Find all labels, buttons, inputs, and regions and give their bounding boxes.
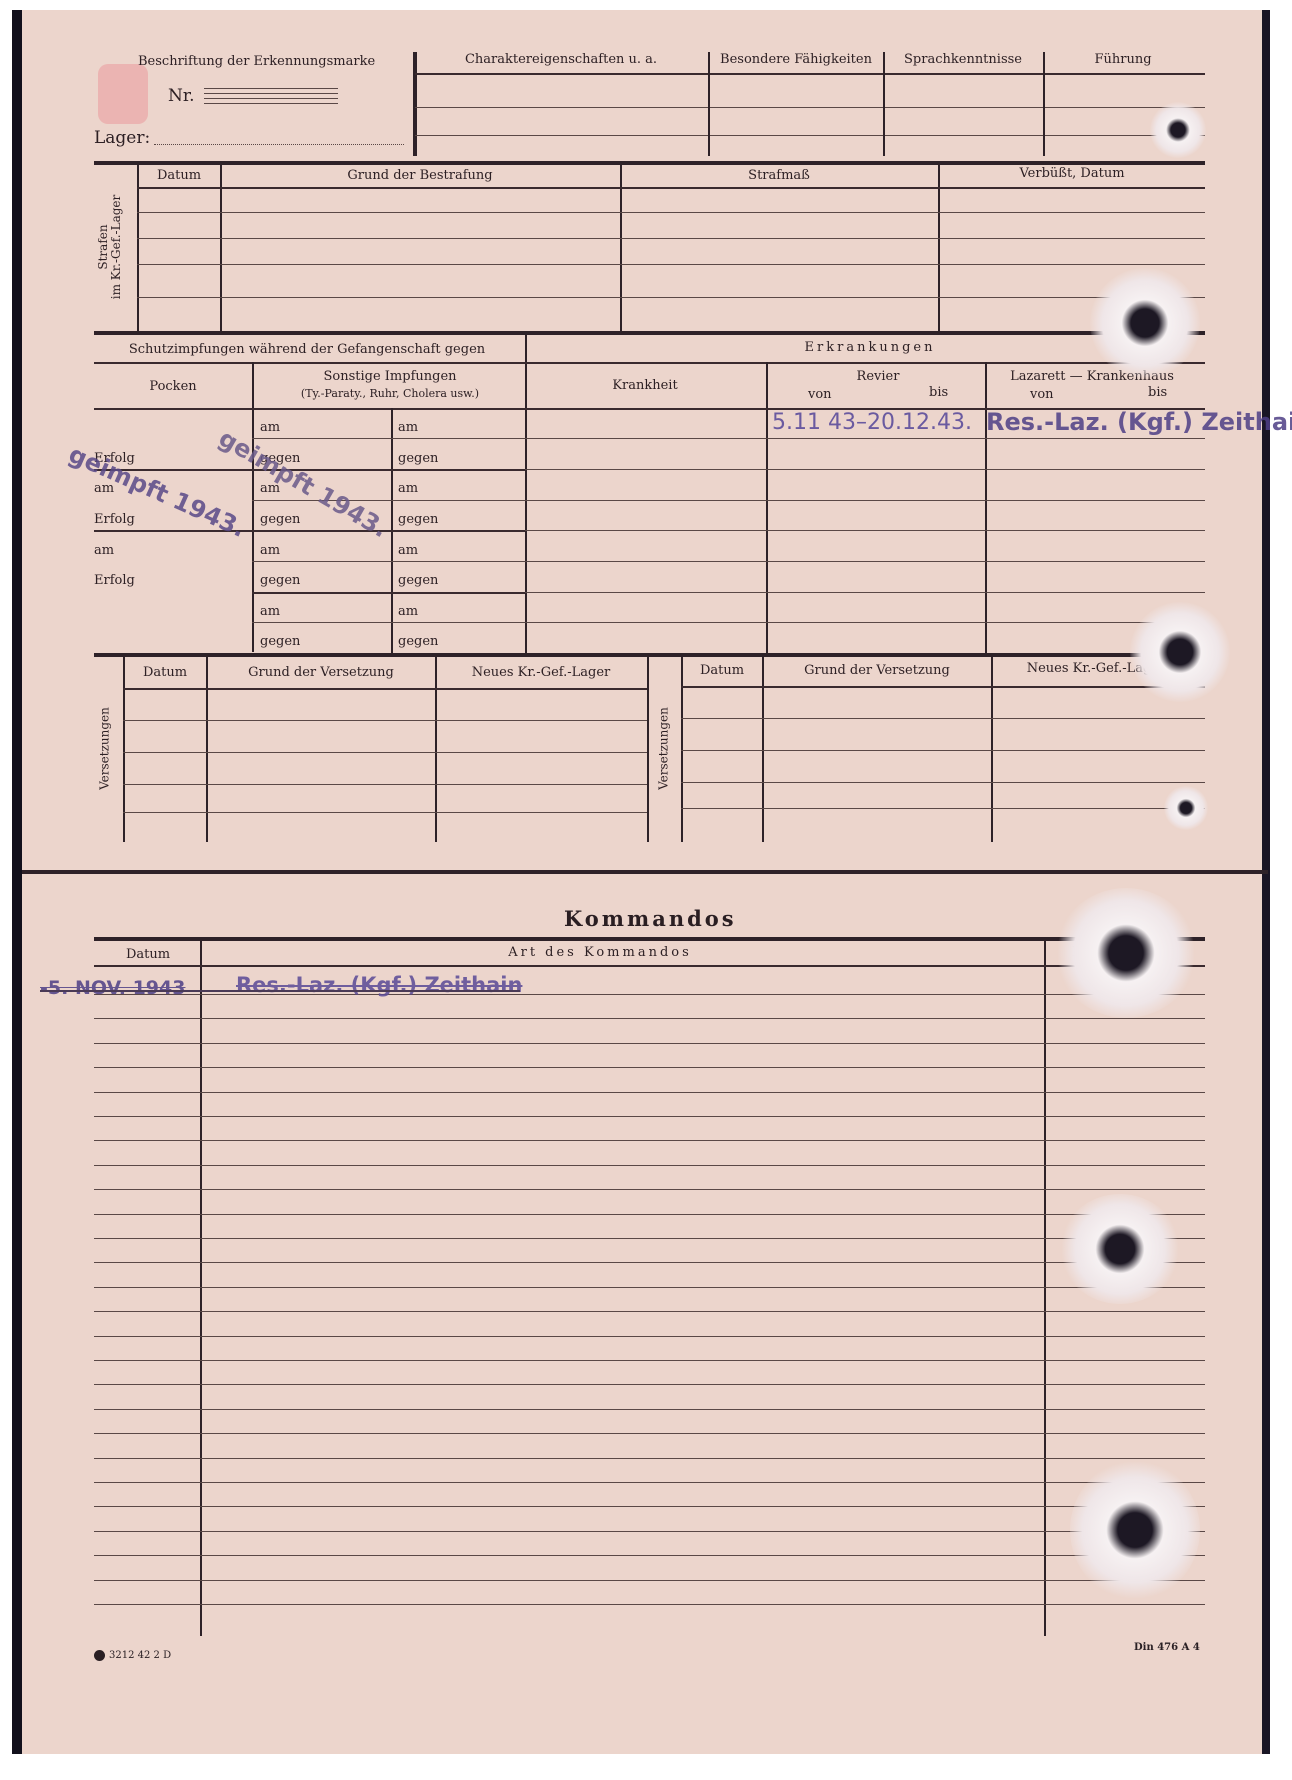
kommando-row-line [94,1067,1205,1068]
punch-hole [1164,786,1208,830]
pocken-erfolg-3: Erfolg [94,573,135,588]
lager-field[interactable] [154,144,404,145]
erkrankungen-title: Erkrankungen [805,340,936,355]
print-mark-icon [94,1650,105,1661]
col-versetzung-datum-right: Datum [700,663,744,678]
scan-edge [1262,10,1270,1754]
col-neues-lager-left: Neues Kr.-Gef.-Lager [472,665,611,680]
punch-hole [1090,268,1200,378]
revier-von: von [808,387,832,402]
punch-hole [1130,602,1230,702]
impf-am: am [260,543,280,558]
impf-am: am [260,604,280,619]
lazarett-bis: bis [1148,385,1167,400]
impf-am: am [398,481,418,496]
lager-label: Lager: [94,128,150,148]
kommandos-title: Kommandos [564,906,737,931]
kommando-row-line [94,1555,1205,1556]
kommando-row-line [94,1165,1205,1166]
red-mark [98,64,148,124]
kommando-row-line [94,1433,1205,1434]
kommando-row-line [94,1287,1205,1288]
kommando-row-line [94,1604,1205,1605]
kommando-row-line [94,1092,1205,1093]
impf-gegen: gegen [398,512,438,527]
kommando-row-line [94,1531,1205,1532]
kommando-row-line [94,1482,1205,1483]
revier-entry: 5.11 43–20.12.43. [772,410,972,435]
kommando-row-line [94,1506,1205,1507]
impf-gegen: gegen [398,451,438,466]
col-verbuesst-datum: Verbüßt, Datum [1019,166,1124,181]
fold-rule [22,870,1268,874]
impf-am: am [260,420,280,435]
kommando-row-line [94,1116,1205,1117]
col-revier: Revier [857,369,900,384]
kommando-row-line [94,1311,1205,1312]
col-strafen-datum: Datum [157,168,201,183]
punch-hole [1056,888,1196,1018]
col-besondere-faehigkeiten: Besondere Fähigkeiten [720,52,872,67]
punch-hole [1150,102,1206,158]
col-sonstige-impfungen: Sonstige Impfungen [323,369,456,384]
impfungen-title: Schutzimpfungen während der Gefangenscha… [129,342,485,357]
erkennungsmarke-label: Beschriftung der Erkennungsmarke [138,54,375,69]
col-kommando-datum: Datum [126,947,170,962]
punch-hole [1060,1194,1180,1304]
pocken-am-3: am [94,543,114,558]
col-krankheit: Krankheit [612,378,677,393]
kommando-row-line [94,1140,1205,1141]
col-sonstige-sub: (Ty.-Paraty., Ruhr, Cholera usw.) [301,387,479,400]
kommando-row-line [94,1238,1205,1239]
lazarett-von: von [1030,387,1054,402]
kommando-art-stamp: Res.-Laz. (Kgf.) Zeithain [236,973,522,997]
kommando-row-line [94,1018,1205,1019]
col-charaktereigenschaften: Charaktereigenschaften u. a. [465,52,657,67]
strafen-side-label: Strafen im Kr.-Gef.-Lager [97,187,123,307]
versetzungen-side-label-left: Versetzungen [99,699,112,799]
col-grund-versetzung-right: Grund der Versetzung [804,663,950,678]
kommando-row-line [94,1262,1205,1263]
col-art-kommando: Art des Kommandos [508,945,692,960]
impf-gegen: gegen [260,573,300,588]
header-rule [415,73,1205,75]
col-sprachkenntnisse: Sprachkenntnisse [904,52,1022,67]
nr-field[interactable] [204,86,338,106]
col-strafmass: Strafmaß [748,168,810,183]
din-label: Din 476 A 4 [1134,1642,1200,1653]
print-code: 3212 42 2 D [94,1650,171,1661]
kommando-row-line [94,1458,1205,1459]
versetzungen-side-label-right: Versetzungen [658,699,671,799]
impf-gegen: gegen [398,573,438,588]
kommando-row-line [94,1409,1205,1410]
col-versetzung-datum-left: Datum [143,665,187,680]
impf-am: am [398,604,418,619]
pocken-erfolg-2: Erfolg [94,512,135,527]
kommando-row-line [94,1384,1205,1385]
col-grund-bestrafung: Grund der Bestrafung [347,168,492,183]
nr-label: Nr. [168,86,195,106]
kommando-row-line [94,1214,1205,1215]
kommando-row-line [94,1360,1205,1361]
kommando-row-line [94,1043,1205,1044]
impf-gegen: gegen [398,634,438,649]
kommando-datum-stamp: -5. NOV. 1943 [40,977,185,999]
col-pocken: Pocken [149,379,196,394]
col-grund-versetzung-left: Grund der Versetzung [248,665,394,680]
kommando-row-line [94,1336,1205,1337]
strafen-top-rule [94,161,1205,165]
impf-gegen: gegen [260,634,300,649]
impf-am: am [398,543,418,558]
strike-line [40,990,520,992]
impf-gegen: gegen [260,512,300,527]
kommando-row-line [94,1189,1205,1190]
punch-hole [1070,1460,1200,1600]
revier-bis: bis [929,385,948,400]
kommando-row-line [94,1580,1205,1581]
header-divider [413,52,417,156]
lazarett-stamp: Res.-Laz. (Kgf.) Zeithain [986,408,1292,436]
impf-am: am [398,420,418,435]
col-fuehrung: Führung [1094,52,1151,67]
